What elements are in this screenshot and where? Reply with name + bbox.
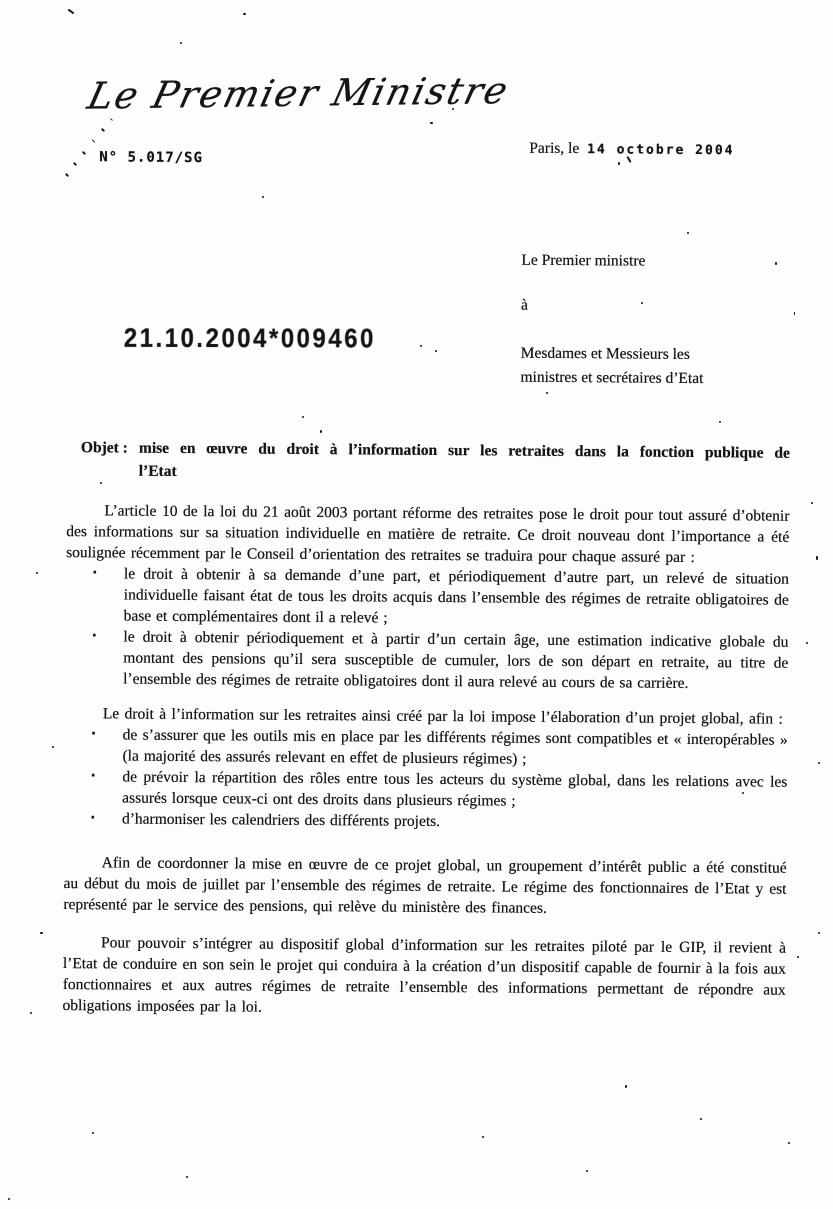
letterhead-script-title: Le Premier Ministre — [84, 69, 514, 117]
scan-speckle — [797, 956, 799, 958]
scan-speckle — [775, 262, 777, 265]
list-item-text: de prévoir la répartition des rôles entr… — [122, 769, 787, 810]
scan-speckle — [816, 556, 818, 560]
letter-body: Objet : mise en œuvre du droit à l’infor… — [62, 436, 790, 1022]
list-item: ▪ le droit à obtenir à sa demande d’une … — [124, 564, 789, 632]
body-paragraph-1: L’article 10 de la loi du 21 août 2003 p… — [66, 500, 789, 569]
body-paragraph-4: Pour pouvoir s’intégrer au dispositif gl… — [62, 932, 786, 1022]
scanned-letter-page: Le Premier Ministre N° 5.017/SG Paris, l… — [0, 0, 833, 1209]
scan-speckle — [806, 642, 808, 644]
scan-speckle — [8, 1198, 10, 1200]
scan-speckle — [52, 746, 54, 748]
scan-speckle — [618, 162, 620, 165]
scan-speckle — [243, 13, 246, 15]
list-item: ▪ d’harmoniser les calendriers des diffé… — [122, 809, 787, 835]
list-item-text: le droit à obtenir périodiquement et à p… — [123, 629, 788, 692]
sender-name: Le Premier ministre — [521, 250, 704, 272]
body-paragraph-3: Afin de coordonner la mise en œuvre de c… — [63, 852, 786, 921]
scan-speckle — [818, 762, 820, 764]
bullet-square-icon: ▪ — [92, 723, 96, 744]
scan-speckle — [92, 1132, 94, 1134]
bullet-square-icon: ▪ — [91, 807, 95, 828]
scan-speckle — [180, 42, 182, 44]
subject-line: Objet : mise en œuvre du droit à l’infor… — [81, 436, 790, 488]
bullet-list-1: ▪ le droit à obtenir à sa demande d’une … — [65, 563, 789, 695]
registration-stamp: 21.10.2004*009460 — [124, 324, 376, 355]
scan-speckle — [435, 350, 437, 352]
subject-label: Objet : — [81, 436, 139, 482]
scan-speckle — [40, 932, 43, 934]
list-item: ▪ de prévoir la répartition des rôles en… — [122, 767, 787, 814]
scan-speckle — [320, 430, 322, 433]
addressee-line2: ministres et secrétaires d’Etat — [520, 366, 703, 391]
subject-text: mise en œuvre du droit à l’information s… — [139, 437, 790, 488]
scan-speckle — [302, 416, 304, 418]
scan-speckle — [482, 1136, 484, 1138]
scan-speckle — [420, 345, 422, 347]
scan-speckle — [742, 792, 744, 794]
recipient-preposition: à — [521, 295, 704, 317]
scan-speckle — [546, 392, 548, 394]
dateline: Paris, le 14 octobre 2004 — [529, 140, 734, 160]
scan-speckle — [625, 1085, 627, 1088]
bullet-list-2: ▪ de s’assurer que les outils mis en pla… — [64, 724, 788, 835]
scan-speckle — [700, 1118, 702, 1120]
scan-speckle — [794, 312, 795, 315]
scan-speckle — [452, 108, 454, 110]
scan-speckle — [818, 932, 820, 934]
list-item: ▪ le droit à obtenir périodiquement et à… — [123, 627, 788, 695]
bullet-square-icon: ▪ — [93, 562, 97, 583]
addressee: Mesdames et Messieurs les ministres et s… — [520, 342, 703, 391]
scan-speckle — [811, 502, 813, 504]
scan-speckle — [262, 196, 264, 198]
scan-speckle — [186, 1176, 188, 1178]
list-item: ▪ de s’assurer que les outils mis en pla… — [122, 725, 787, 772]
scan-speckle — [719, 421, 721, 423]
bullet-square-icon: ▪ — [91, 765, 95, 786]
scan-speckle — [36, 572, 38, 574]
scan-content: Le Premier Ministre N° 5.017/SG Paris, l… — [0, 0, 833, 1209]
scan-speckle — [687, 232, 689, 234]
recipient-block: Le Premier ministre à Mesdames et Messie… — [520, 250, 704, 391]
dateline-date: 14 octobre 2004 — [587, 142, 735, 158]
scan-speckle — [100, 482, 102, 484]
scan-speckle — [430, 122, 433, 124]
list-item-text: de s’assurer que les outils mis en place… — [122, 727, 787, 768]
scan-speckle — [30, 1012, 32, 1014]
scan-speckle — [641, 302, 643, 304]
bullet-square-icon: ▪ — [92, 625, 96, 646]
scan-speckle — [788, 1142, 790, 1144]
scan-speckle — [586, 1170, 588, 1172]
list-item-text: le droit à obtenir à sa demande d’une pa… — [124, 566, 789, 627]
reference-number: N° 5.017/SG — [99, 149, 203, 166]
list-item-text: d’harmoniser les calendriers des différe… — [122, 811, 440, 830]
addressee-line1: Mesdames et Messieurs les — [521, 342, 704, 367]
dateline-prefix: Paris, le — [529, 140, 579, 157]
